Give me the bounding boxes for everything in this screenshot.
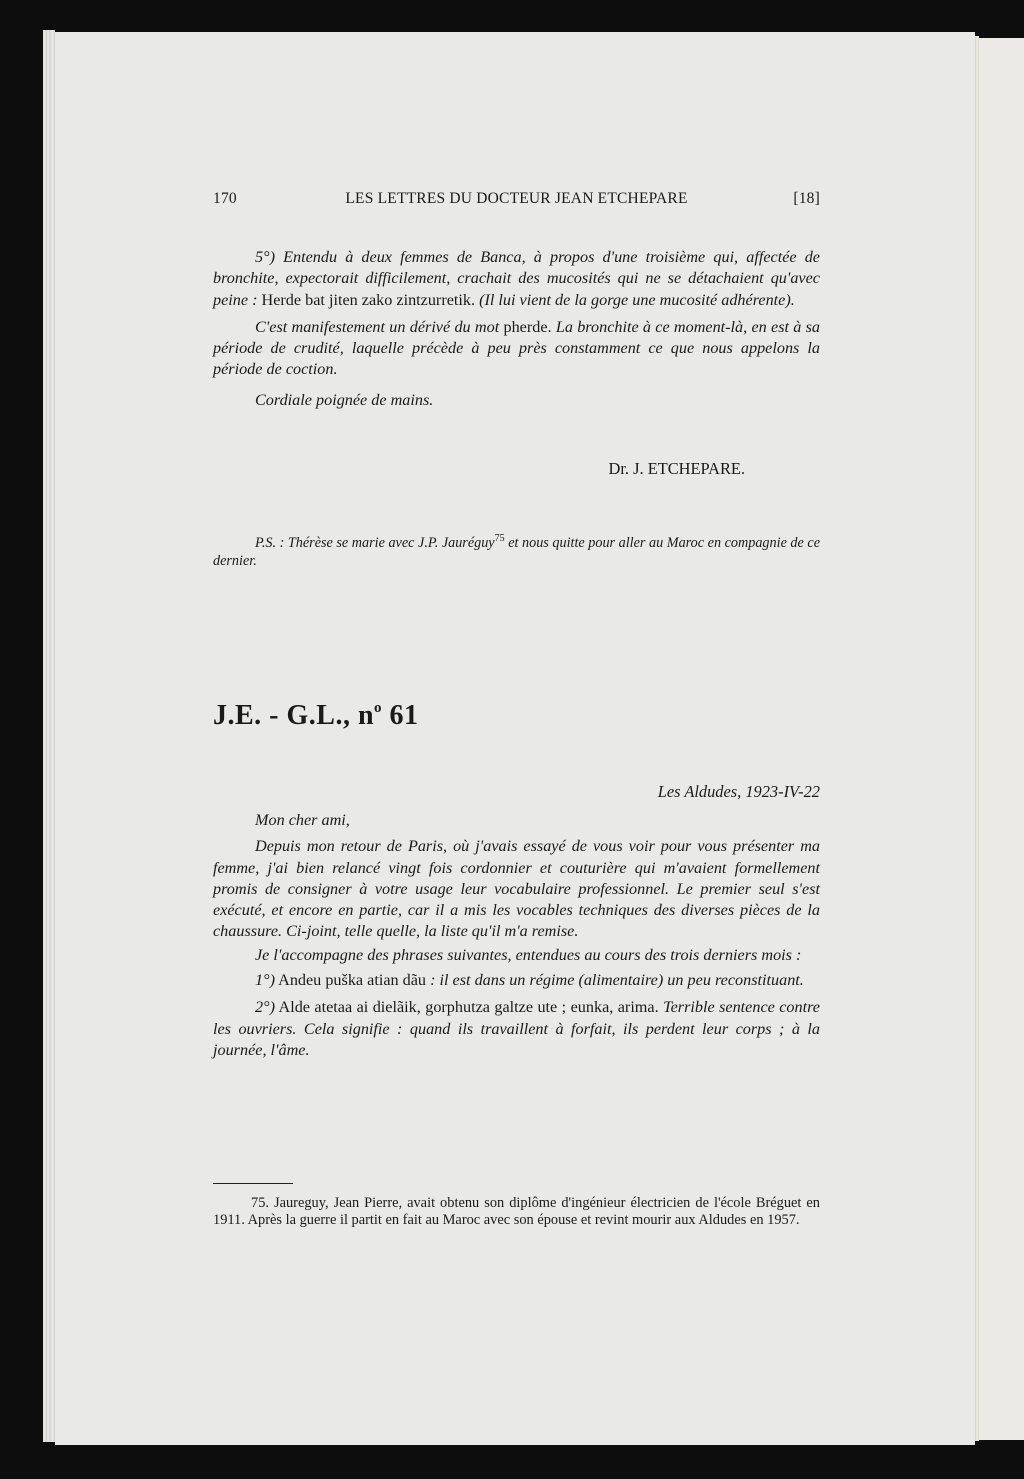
basque-phrase: Andeu puška atian dãu [278,971,426,989]
postscript-block: P.S. : Thérèse se marie avec J.P. Jaurég… [213,535,820,570]
footnote-75: 75. Jaureguy, Jean Pierre, avait obtenu … [213,1195,820,1229]
footnotes: 75. Jaureguy, Jean Pierre, avait obtenu … [213,1195,820,1229]
dateline-block: Les Aldudes, 1923-IV-22 [213,781,820,802]
translation: : il est dans un régime (alimentaire) un… [430,971,804,989]
footnote-ref: 75 [495,533,505,544]
signature: Dr. J. ETCHEPARE. [213,458,820,479]
paragraph-1: Depuis mon retour de Paris, où j'avais e… [213,836,820,942]
item-2: 2°) Alde atetaa ai dielãik, gorphutza ga… [213,997,820,1061]
letter-heading: J.E. - G.L., no 61 [213,700,820,732]
facing-page-edge [979,38,1024,1440]
letter-body: Mon cher ami, Depuis mon retour de Paris… [213,810,820,1061]
basque-phrase: Alde atetaa ai dielãik, gorphutza galtze… [279,998,659,1016]
running-head: 170 LES LETTRES DU DOCTEUR JEAN ETCHEPAR… [213,190,820,212]
salutation: Mon cher ami, [213,810,820,831]
book-page [55,32,975,1445]
running-title: LES LETTRES DU DOCTEUR JEAN ETCHEPARE [213,190,820,208]
page-edges [43,30,55,1442]
section-number: [18] [793,190,820,208]
signature-block: Dr. J. ETCHEPARE. [213,458,820,479]
dateline: Les Aldudes, 1923-IV-22 [213,781,820,802]
comment-paragraph: C'est manifestement un dérivé du mot phe… [213,317,820,381]
previous-letter-end: 5°) Entendu à deux femmes de Banca, à pr… [213,247,820,411]
paragraph-2: Je l'accompagne des phrases suivantes, e… [213,945,820,966]
footnote-rule [213,1183,293,1184]
basque-phrase: Herde bat jiten zako zintzurretik. [262,291,476,309]
letter-heading-block: J.E. - G.L., no 61 [213,700,820,732]
postscript: P.S. : Thérèse se marie avec J.P. Jaurég… [213,535,820,570]
item-1: 1°) Andeu puška atian dãu : il est dans … [213,970,820,991]
item-5: 5°) Entendu à deux femmes de Banca, à pr… [213,247,820,311]
translation: (Il lui vient de la gorge une mucosité a… [479,291,795,309]
closing: Cordiale poignée de mains. [213,390,820,411]
